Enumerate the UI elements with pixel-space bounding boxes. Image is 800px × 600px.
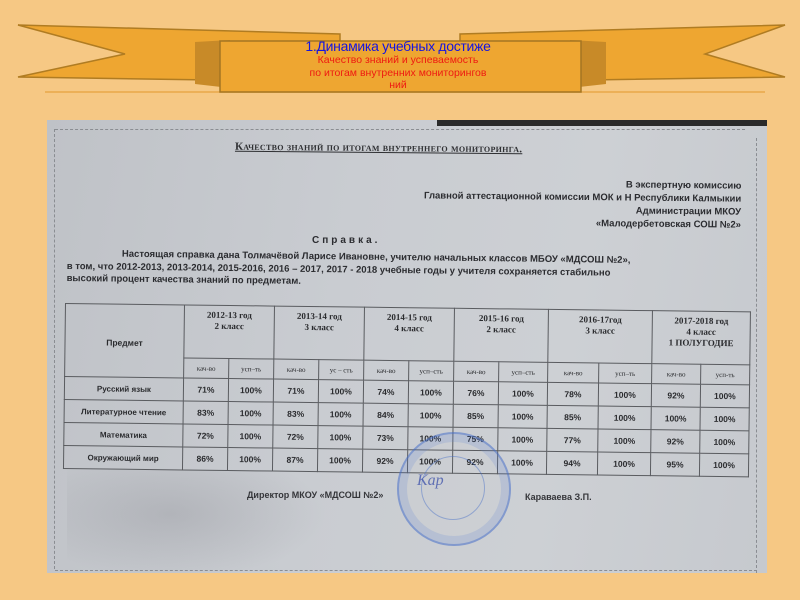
quality-value: 95%: [650, 453, 699, 477]
progress-value: 100%: [408, 381, 453, 405]
progress-value: 100%: [228, 402, 273, 426]
quality-value: 77%: [547, 428, 598, 452]
period-grade: 4 класс: [365, 323, 454, 335]
quality-value: 71%: [183, 378, 228, 402]
director-label: Директор МКОУ «МДСОШ №2»: [247, 490, 383, 500]
period-header-row: Предмет 2012-13 год2 класс2013-14 год3 к…: [65, 304, 751, 365]
quality-value: 73%: [363, 426, 408, 450]
quality-value: 87%: [272, 448, 317, 472]
period-header: 2012-13 год2 класс: [184, 305, 275, 359]
progress-value: 100%: [317, 449, 362, 473]
quality-value: 71%: [273, 379, 318, 403]
banner-subtitle-3: ний: [222, 79, 574, 92]
period-header: 2014-15 год4 класс: [364, 307, 455, 361]
progress-value: 100%: [498, 382, 547, 406]
progress-header: усп-ть: [701, 364, 750, 385]
subject-cell: Литературное чтение: [64, 399, 183, 423]
quality-value: 86%: [182, 447, 227, 471]
subject-header: Предмет: [65, 304, 185, 378]
subject-cell: Русский язык: [64, 377, 183, 401]
quality-header: кач-во: [364, 360, 409, 381]
period-header: 2016-17год3 класс: [548, 309, 653, 363]
period-grade: 2 класс: [455, 324, 548, 336]
period-grade: 3 класс: [275, 322, 364, 334]
progress-header: усп–ть: [599, 363, 652, 384]
results-table: Предмет 2012-13 год2 класс2013-14 год3 к…: [63, 303, 751, 477]
quality-value: 92%: [651, 384, 700, 408]
addressee-block: В экспертную комиссию Главной аттестацио…: [424, 176, 742, 231]
page-border-top: [55, 129, 745, 130]
progress-value: 100%: [228, 425, 273, 449]
progress-value: 100%: [498, 405, 547, 429]
subject-cell: Математика: [64, 422, 183, 446]
progress-header: усп–сть: [409, 361, 454, 382]
period-header: 2015-16 год2 класс: [454, 308, 549, 362]
photo-dark-edge: [437, 120, 767, 126]
quality-value: 94%: [546, 451, 597, 475]
quality-header: кач-во: [548, 362, 599, 383]
subject-cell: Окружающий мир: [63, 445, 182, 469]
quality-header: кач-во: [454, 361, 499, 382]
progress-value: 100%: [408, 404, 453, 428]
progress-value: 100%: [498, 428, 547, 452]
quality-value: 72%: [183, 424, 228, 448]
progress-header: усп–сть: [499, 362, 548, 383]
progress-value: 100%: [598, 383, 651, 407]
progress-value: 100%: [598, 429, 651, 453]
progress-value: 100%: [598, 406, 651, 430]
quality-value: 76%: [453, 381, 498, 405]
period-header: 2013-14 год3 класс: [274, 306, 365, 360]
quality-value: 72%: [273, 425, 318, 449]
progress-value: 100%: [318, 403, 363, 427]
progress-value: 100%: [700, 384, 749, 408]
quality-header: кач-во: [274, 359, 319, 380]
progress-header: усп–ть: [229, 359, 274, 380]
period-note: 1 ПОЛУГОДИЕ: [652, 337, 749, 349]
period-grade: 2 класс: [185, 320, 274, 332]
progress-header: ус – сть: [319, 360, 364, 381]
certificate-heading: Справка.: [312, 235, 380, 246]
progress-value: 100%: [227, 447, 272, 471]
page-border-right: [756, 138, 757, 573]
signature: Кар: [417, 472, 444, 490]
progress-value: 100%: [700, 430, 749, 454]
photo-shadow: [67, 470, 327, 573]
quality-value: 85%: [547, 405, 598, 429]
quality-value: 74%: [363, 380, 408, 404]
official-stamp: Кар: [397, 432, 511, 546]
banner-subtitle-2: по итогам внутренних мониторингов: [222, 67, 574, 80]
quality-header: кач-во: [184, 358, 229, 379]
banner-text: 1.Динамика учебных достиже Качество знан…: [222, 38, 574, 92]
banner-subtitle-1: Качество знаний и успеваемость: [222, 54, 574, 67]
quality-value: 85%: [453, 404, 498, 428]
certificate-body: Настоящая справка дана Толмачёвой Ларисе…: [67, 248, 767, 294]
document-title: Качество знаний по итогам внутреннего мо…: [235, 141, 522, 156]
quality-value: 100%: [651, 407, 700, 431]
document-photo: Качество знаний по итогам внутреннего мо…: [47, 120, 767, 573]
quality-value: 83%: [273, 402, 318, 426]
progress-value: 100%: [318, 380, 363, 404]
progress-value: 100%: [228, 379, 273, 403]
progress-value: 100%: [699, 453, 748, 477]
page-border-left: [54, 129, 55, 569]
quality-value: 92%: [651, 430, 700, 454]
period-header: 2017-2018 год4 класс1 ПОЛУГОДИЕ: [652, 311, 751, 365]
quality-header: кач-во: [652, 364, 701, 385]
addressee-line: «Малодербетовская СОШ №2»: [424, 215, 741, 231]
period-grade: 3 класс: [549, 325, 652, 337]
banner-title: 1.Динамика учебных достиже: [222, 38, 574, 54]
progress-value: 100%: [597, 452, 650, 476]
quality-value: 84%: [363, 403, 408, 427]
progress-value: 100%: [318, 426, 363, 450]
quality-value: 83%: [183, 401, 228, 425]
progress-value: 100%: [700, 407, 749, 431]
quality-value: 78%: [547, 382, 598, 406]
director-name: Караваева З.П.: [525, 492, 592, 502]
